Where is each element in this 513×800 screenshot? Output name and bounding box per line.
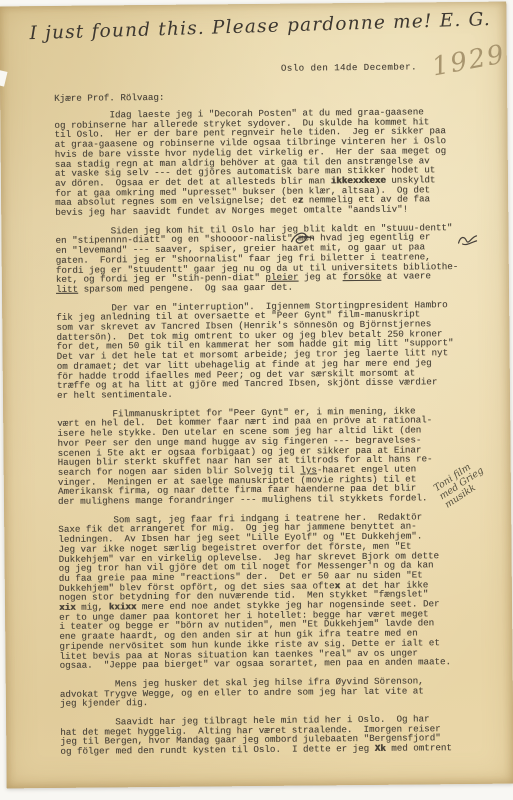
dateline: Oslo den 14de December.	[281, 61, 417, 73]
handwritten-scribble	[456, 233, 478, 247]
letter-paragraph: Mens jeg husker det skal jeg hilse ifra …	[60, 676, 492, 709]
paper-tear-notch	[0, 69, 8, 86]
letter-paragraph: Som sagt, jeg faar fri indgang i teatren…	[58, 511, 491, 670]
handwritten-note: I just found this. Please pardonne me! E…	[29, 9, 507, 45]
letter-paragraph: Siden jeg kom hit til Oslo har jeg blit …	[55, 223, 488, 295]
pencil-year-annotation: 1929	[430, 39, 508, 82]
letter-paragraph: Idag laeste jeg i "Decorah Posten" at du…	[54, 107, 487, 218]
letter-paper: I just found this. Please pardonne me! E…	[0, 2, 513, 789]
handwritten-correction-mark	[289, 230, 315, 247]
scan-background: { "letter": { "handwritten_note": "I jus…	[0, 0, 513, 800]
letter-paragraph: Saavidt har jeg tilbragt hele min tid he…	[60, 714, 492, 757]
letter-paragraph: Der var en "interruption". Igjennem Stor…	[56, 299, 489, 400]
letter-body: Idag laeste jeg i "Decorah Posten" at du…	[54, 107, 492, 766]
salutation: Kjære Prof. Rölvaag:	[54, 92, 164, 104]
letter-paragraph: Filmmanuskriptet for "Peer Gynt" er, i m…	[57, 405, 490, 506]
